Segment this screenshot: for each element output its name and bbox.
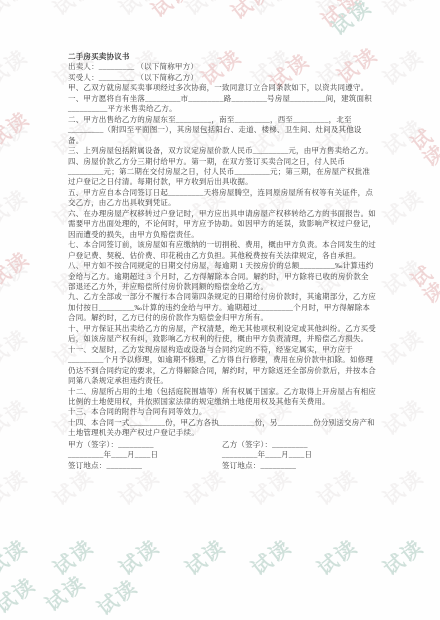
document-page: 试读试读试读试读试读试读试读试读试读试读试读试读试读试读试读试读试读试读试读试读… (0, 0, 440, 620)
watermark-text: 试读 (0, 467, 31, 510)
watermark-text: 试读 (381, 327, 428, 370)
watermark-text: 试读 (117, 0, 164, 19)
clause: 十一、交屋时，乙方发现房屋构造或设备与合同约定的不符，经鉴定属实，甲方应于___… (68, 345, 376, 387)
watermark-text: 试读 (249, 467, 296, 510)
watermark-text-pink: 试读 (0, 249, 33, 292)
watermark-text: 试读 (381, 537, 428, 580)
watermark-text: 试读 (117, 467, 164, 510)
watermark-text: 试读 (0, 327, 31, 370)
clause: 八、甲方如不按合同规定的日期交付房屋，每逾期 1 天按房价的总额________… (68, 261, 376, 292)
watermark-text: 试读 (183, 467, 230, 510)
clause: 十三、本合同的附件与合同有同等效力。 (68, 407, 376, 417)
signature-block: 甲方（签字）：_________ _________年____月____日 签订… (68, 440, 376, 471)
watermark-text: 试读 (0, 47, 31, 90)
watermark-text: 试读 (0, 117, 31, 160)
watermark-text-teal: 试读 (329, 0, 376, 39)
watermark-text: 试读 (0, 257, 31, 300)
watermark-text: 试读 (51, 537, 98, 580)
watermark-text: 试读 (0, 397, 31, 440)
watermark-text: 试读 (381, 257, 428, 300)
watermark-text-teal: 试读 (0, 575, 39, 618)
party-a-date-line: _________年____月____日 (68, 450, 222, 460)
clause: 四、房屋价款乙方分三期付给甲方。第一期，在双方签订买卖合同之日，付人民币____… (68, 157, 376, 188)
signature-party-a: 甲方（签字）：_________ _________年____月____日 签订… (68, 440, 222, 471)
doc-title: 二手房买卖协议书 (68, 52, 376, 62)
watermark-text: 试读 (249, 537, 296, 580)
watermark-text-pink: 试读 (408, 125, 440, 170)
watermark-text-pink: 试读 (408, 262, 440, 307)
party-a-place-line: 签订地点：_________ (68, 461, 222, 471)
watermark-text: 试读 (315, 0, 362, 19)
watermark-text: 试读 (381, 467, 428, 510)
clause: 三、上列房屋包括附属设备，双方议定房屋价款人民币_________元，由甲方售卖… (68, 146, 376, 156)
clause: 五、甲方应自本合同签订日起_________天将房屋腾空，连同原房屋所有权等有关… (68, 188, 376, 209)
watermark-text-teal: 试读 (43, 573, 90, 616)
watermark-text: 试读 (315, 537, 362, 580)
watermark-text: 试读 (381, 187, 428, 230)
watermark-text: 试读 (381, 0, 428, 19)
party-b-date-line: _________年____月____日 (222, 450, 376, 460)
clause: 十二、房屋所占用的土地（包括庭院围墙等）所有权属于国家。乙方取得上开房屋占有相应… (68, 387, 376, 408)
clause: 十四、本合同一式_________份，甲乙方各执_________份，另____… (68, 418, 376, 439)
clauses-list: 一、甲方愿将自有坐落_________市_________路_________号… (68, 94, 376, 439)
clause: 一、甲方愿将自有坐落_________市_________路_________号… (68, 94, 376, 115)
signature-party-b: 乙方（签字）：_________ _________年____月____日 签订… (222, 440, 376, 471)
watermark-text-pink: 试读 (319, 0, 366, 31)
watermark-text-pink: 试读 (229, 0, 276, 23)
watermark-text: 试读 (183, 0, 230, 19)
watermark-text: 试读 (0, 187, 31, 230)
watermark-text-pink: 试读 (149, 0, 196, 21)
clause: 七、本合同签订前，该房屋如有应缴纳的一切捐税、费用，概由甲方负责。本合同发生的过… (68, 240, 376, 261)
watermark-text-teal: 试读 (95, 577, 142, 620)
buyer-line: 买受人：_________ （以下简称乙方） (68, 73, 376, 83)
watermark-text-pink: 试读 (0, 109, 33, 152)
watermark-text: 试读 (51, 467, 98, 510)
preamble: 甲、乙双方就房屋买卖事项经过多次协商，一致同意订立合同条款如下，以资共同遵守。 (68, 83, 376, 93)
contract-body: 二手房买卖协议书 出卖人：_________ （以下简称甲方） 买受人：____… (68, 52, 376, 471)
watermark-text: 试读 (381, 397, 428, 440)
clause: 二、甲方出售给乙方的房屋东至_________，南至_________，西至__… (68, 115, 376, 146)
watermark-text: 试读 (381, 47, 428, 90)
watermark-text: 试读 (183, 537, 230, 580)
clause: 九、乙方全部或一部分不履行本合同第四条规定的日期给付房价款时，其逾期部分，乙方应… (68, 292, 376, 323)
clause: 六、在办理房屋产权移转过户登记时，甲方应出具申请房屋产权移转给乙方的书面报告。如… (68, 209, 376, 240)
party-b-sign-line: 乙方（签字）：_________ (222, 440, 376, 450)
watermark-text: 试读 (0, 0, 31, 19)
watermark-text: 试读 (0, 537, 31, 580)
watermark-text: 试读 (315, 467, 362, 510)
seller-line: 出卖人：_________ （以下简称甲方） (68, 62, 376, 72)
party-b-place-line: 签订地点：_________ (222, 461, 376, 471)
watermark-text: 试读 (51, 0, 98, 19)
clause: 十、甲方保证其出卖给乙方的房屋，产权清楚，绝无其他项权利设定或其他纠纷。乙方买受… (68, 324, 376, 345)
watermark-text: 试读 (117, 537, 164, 580)
watermark-text: 试读 (249, 0, 296, 19)
party-a-sign-line: 甲方（签字）：_________ (68, 440, 222, 450)
watermark-text: 试读 (381, 117, 428, 160)
